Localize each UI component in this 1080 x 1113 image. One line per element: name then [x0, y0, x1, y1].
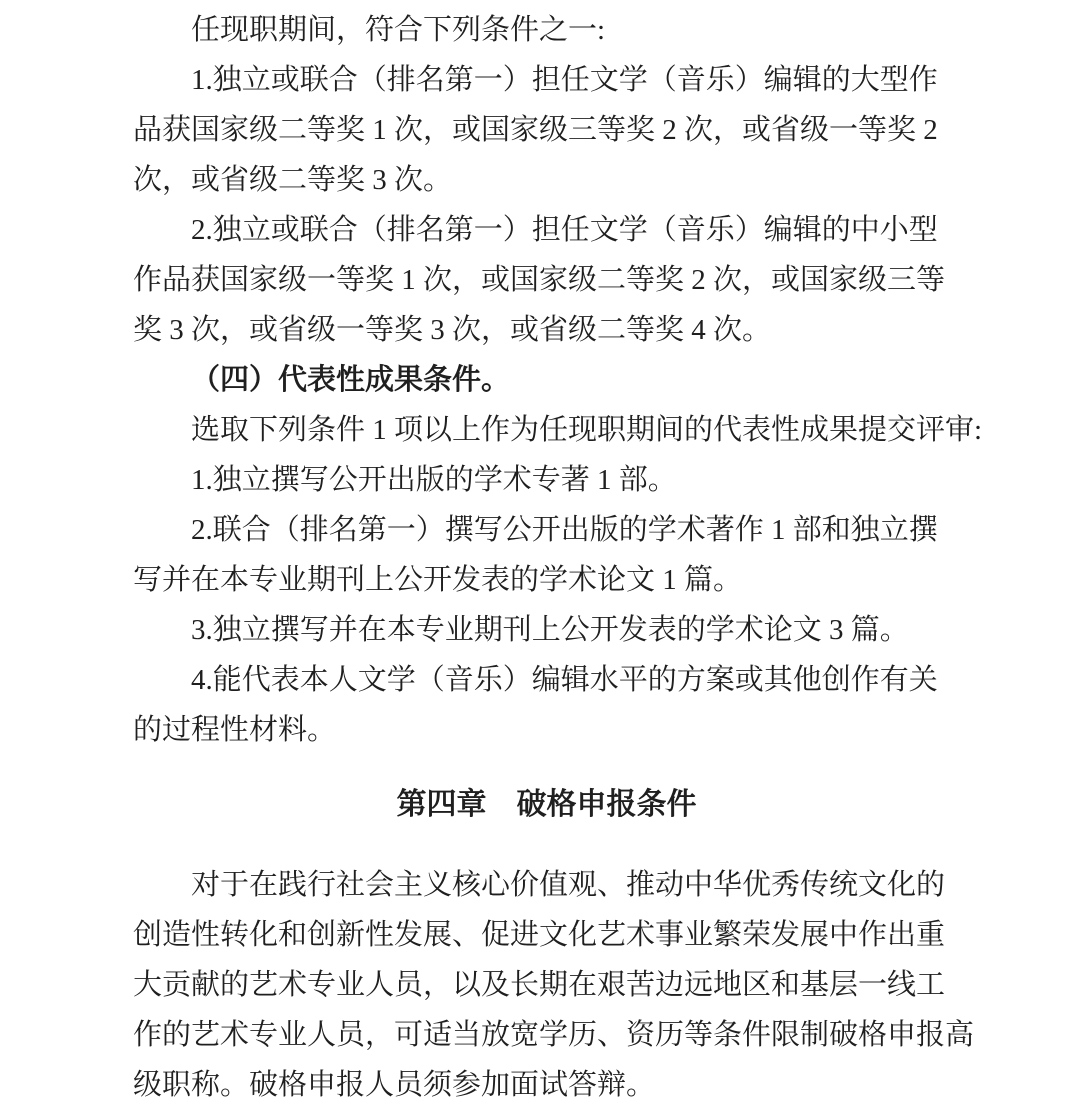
text-line: 级职称。破格申报人员须参加面试答辩。 [133, 1060, 960, 1110]
text-line: 对于在践行社会主义核心价值观、推动中华优秀传统文化的 [133, 860, 960, 910]
text-line: 任现职期间，符合下列条件之一: [133, 5, 960, 55]
text-line: 大贡献的艺术专业人员，以及长期在艰苦边远地区和基层一线工 [133, 960, 960, 1010]
text-line: 品获国家级二等奖 1 次，或国家级三等奖 2 次，或省级一等奖 2 [133, 105, 960, 155]
text-line: 2.独立或联合（排名第一）担任文学（音乐）编辑的中小型 [133, 205, 960, 255]
text-line: 作的艺术专业人员，可适当放宽学历、资历等条件限制破格申报高 [133, 1010, 960, 1060]
text-line: 次，或省级二等奖 3 次。 [133, 155, 960, 205]
text-line: 选取下列条件 1 项以上作为任现职期间的代表性成果提交评审: [133, 405, 960, 455]
section-heading: （四）代表性成果条件。 [133, 355, 960, 405]
text-line: 1.独立撰写公开出版的学术专著 1 部。 [133, 455, 960, 505]
text-line: 2.联合（排名第一）撰写公开出版的学术著作 1 部和独立撰 [133, 505, 960, 555]
text-line: 的过程性材料。 [133, 705, 960, 755]
chapter-heading: 第四章 破格申报条件 [133, 780, 960, 830]
text-line: 3.独立撰写并在本专业期刊上公开发表的学术论文 3 篇。 [133, 605, 960, 655]
document-page: 任现职期间，符合下列条件之一:1.独立或联合（排名第一）担任文学（音乐）编辑的大… [0, 0, 1080, 1113]
text-line: 创造性转化和创新性发展、促进文化艺术事业繁荣发展中作出重 [133, 910, 960, 960]
text-line: 奖 3 次，或省级一等奖 3 次，或省级二等奖 4 次。 [133, 305, 960, 355]
document-lines: 任现职期间，符合下列条件之一:1.独立或联合（排名第一）担任文学（音乐）编辑的大… [133, 5, 960, 1110]
text-line: 1.独立或联合（排名第一）担任文学（音乐）编辑的大型作 [133, 55, 960, 105]
text-line: 作品获国家级一等奖 1 次，或国家级二等奖 2 次，或国家级三等 [133, 255, 960, 305]
text-line: 4.能代表本人文学（音乐）编辑水平的方案或其他创作有关 [133, 655, 960, 705]
text-line: 写并在本专业期刊上公开发表的学术论文 1 篇。 [133, 555, 960, 605]
